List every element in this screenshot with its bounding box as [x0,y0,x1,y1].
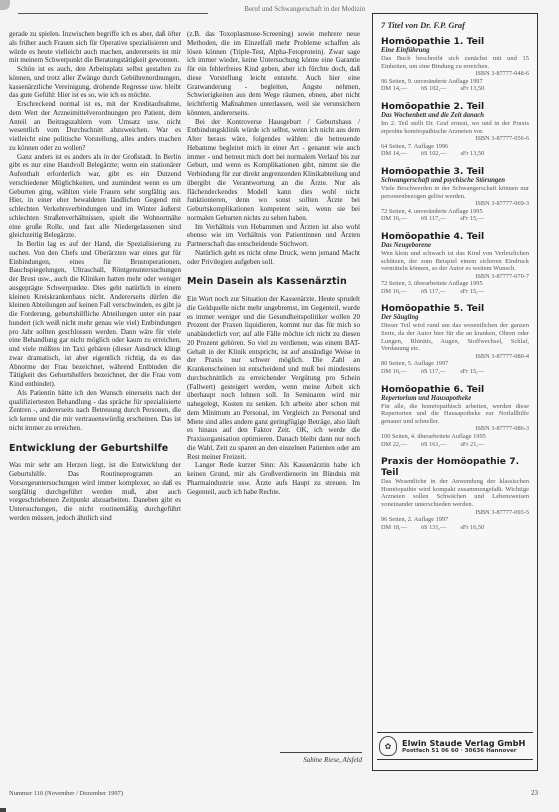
publisher-info: Elwin Staude Verlag GmbH Postfach 51 06 … [402,738,525,754]
book-meta: 64 Seiten, 7. Auflage 1996 [381,143,529,151]
publisher-logo-icon: ✿ [379,736,397,756]
paragraph: (z.B. das Toxoplasmose-Screening) sowie … [187,30,360,118]
price-dm: DM 22,— [381,441,407,449]
book-entry: Homöopathie 2. Teil Das Wochenbett und d… [381,101,529,158]
paragraph: Als Patientin hätte ich den Wunsch einer… [9,389,181,433]
price-ats: öS 102,— [421,150,447,158]
book-title: Homöopathie 6. Teil [381,384,529,395]
book-isbn: ISBN 3-87777-048-6 [381,70,529,78]
price-dm: DM 16,— [381,368,407,376]
paragraph: Schön ist es auch, den Arbeitsplatz selb… [9,65,181,100]
publisher-address: Postfach 51 06 60 · 30636 Hannover [402,748,525,754]
section-heading: Entwicklung der Geburtshilfe [9,445,181,454]
book-subtitle: Das Wochenbett und die Zeit danach [381,112,529,120]
article-column-2: (z.B. das Toxoplasmose-Screening) sowie … [187,30,360,496]
book-description: Dieser Teil wird rund um das wesentliche… [381,322,529,352]
book-isbn: ISBN 3-87777-086-3 [381,425,529,433]
book-description: Im 2. Teil stellt Dr. Graf erneut, wo un… [381,120,529,135]
paragraph: Natürlich geht es nicht ohne Druck, wenn… [187,249,360,267]
book-advertisement-box: 7 Titel von Dr. F.P. Graf Homöopathie 1.… [372,13,538,771]
book-prices: DM 22,— öS 161,— sFr 21,— [381,441,529,449]
book-isbn: ISBN 3-87777-056-6 [381,135,529,143]
publisher-banner: ✿ Elwin Staude Verlag GmbH Postfach 51 0… [377,732,533,760]
book-prices: DM 14,— öS 102,— sFr 13,50 [381,85,529,93]
book-entry: Praxis der Homöopathie 7. Teil Das Wesen… [381,456,529,531]
book-subtitle: Schwangerschaft und psychische Störungen [381,177,529,185]
book-prices: DM 18,— öS 131,— sFr 16,50 [381,524,529,532]
book-title: Praxis der Homöopathie 7. Teil [381,456,529,478]
book-title: Homöopathie 2. Teil [381,101,529,112]
book-subtitle: Der Säugling [381,314,529,322]
scan-artifact [0,0,10,10]
paragraph: gerade zu spielen. Inzwischen begriffe i… [9,30,181,65]
book-prices: DM 16,— öS 117,— sFr 15,— [381,368,529,376]
paragraph: Ein Wort noch zur Situation der Kassenär… [187,295,360,461]
book-title: Homöopathie 1. Teil [381,36,529,47]
price-chf: sFr 13,50 [460,150,484,158]
price-dm: DM 18,— [381,524,407,532]
price-dm: DM 14,— [381,150,407,158]
article-column-1: gerade zu spielen. Inzwischen begriffe i… [9,30,181,523]
paragraph: Was mir sehr am Herzen liegt, ist die En… [9,461,181,522]
price-ats: öS 117,— [421,368,446,376]
book-title: Homöopathie 4. Teil [381,231,529,242]
price-chf: sFr 21,— [460,441,484,449]
paragraph: Langer Rede kurzer Sinn: Als Kassenärzti… [187,461,360,496]
price-ats: öS 161,— [421,441,447,449]
price-ats: öS 117,— [421,288,446,296]
paragraph: Erschreckend normal ist es, mit der Kred… [9,100,181,153]
book-description: Viele Beschwerden in der Schwangerschaft… [381,185,529,200]
book-isbn: ISBN 3-87777-070-7 [381,273,529,281]
header-rule [18,13,208,14]
book-entry: Homöopathie 3. Teil Schwangerschaft und … [381,166,529,223]
book-description: Das Wesentliche in der Anwendung der kla… [381,478,529,508]
book-prices: DM 16,— öS 117,— sFr 15,— [381,288,529,296]
book-isbn: ISBN 3-87777-069-3 [381,200,529,208]
price-chf: sFr 15,— [460,368,484,376]
book-subtitle: Das Neugeborene [381,242,529,250]
book-meta: 96 Seiten, 9. unveränderte Auflage 1997 [381,78,529,86]
page-number: 23 [531,789,538,797]
price-ats: öS 131,— [421,524,447,532]
book-meta: 100 Seiten, 4. überarbeitete Auflage 199… [381,433,529,441]
price-dm: DM 16,— [381,288,407,296]
price-ats: öS 117,— [421,215,446,223]
price-chf: sFr 15,— [460,215,484,223]
price-dm: DM 16,— [381,215,407,223]
paragraph: Im Verhältnis von Hebammen und Ärzten is… [187,223,360,249]
book-description: Wen klein und schwach ist das Kind von V… [381,250,529,273]
book-subtitle: Repertorium und Hausapotheke [381,395,529,403]
price-chf: sFr 13,50 [460,85,484,93]
publisher-name: Elwin Staude Verlag GmbH [402,738,525,748]
book-description: Das Buch beschreibt sich zunächst mit un… [381,55,529,70]
book-meta: 80 Seiten, 5. Auflage 1997 [381,360,529,368]
book-prices: DM 14,— öS 102,— sFr 13,50 [381,150,529,158]
book-title: Homöopathie 3. Teil [381,166,529,177]
sidebar-title: 7 Titel von Dr. F.P. Graf [381,20,529,30]
book-subtitle: Eine Einführung [381,47,529,55]
book-meta: 72 Seiten, 3. überarbeitete Auflage 1995 [381,280,529,288]
section-heading: Mein Dasein als Kassenärztin [187,278,360,287]
book-description: Für alle, die homöopathisch arbeiten, we… [381,403,529,426]
book-entry: Homöopathie 5. Teil Der Säugling Dieser … [381,303,529,375]
book-entry: Homöopathie 1. Teil Eine Einführung Das … [381,36,529,93]
book-isbn: ISBN 3-87777-093-5 [381,509,529,517]
author-signature: Sabine Riese, Alsfeld [280,752,362,764]
book-meta: 72 Seiten, 4. unveränderte Auflage 1995 [381,208,529,216]
book-entry: Homöopathie 4. Teil Das Neugeborene Wen … [381,231,529,296]
issue-footer: Nummer 110 (November / Dezember 1997) [9,790,123,797]
book-prices: DM 16,— öS 117,— sFr 15,— [381,215,529,223]
paragraph: Bei der Kontroverse Hausgeburt / Geburts… [187,118,360,223]
paragraph: In Berlin lag es auf der Hand, die Spezi… [9,240,181,389]
book-title: Homöopathie 5. Teil [381,303,529,314]
running-head: Beruf und Schwangerschaft in der Medizin [205,5,365,13]
book-isbn: ISBN 3-87777-080-4 [381,353,529,361]
book-entry: Homöopathie 6. Teil Repertorium und Haus… [381,384,529,449]
book-meta: 96 Seiten, 2. Auflage 1997 [381,516,529,524]
scan-artifact [0,808,6,812]
price-ats: öS 102,— [421,85,447,93]
price-chf: sFr 15,— [460,288,484,296]
price-dm: DM 14,— [381,85,407,93]
paragraph: Ganz anders ist es anders als in der Gro… [9,153,181,241]
price-chf: sFr 16,50 [460,524,484,532]
